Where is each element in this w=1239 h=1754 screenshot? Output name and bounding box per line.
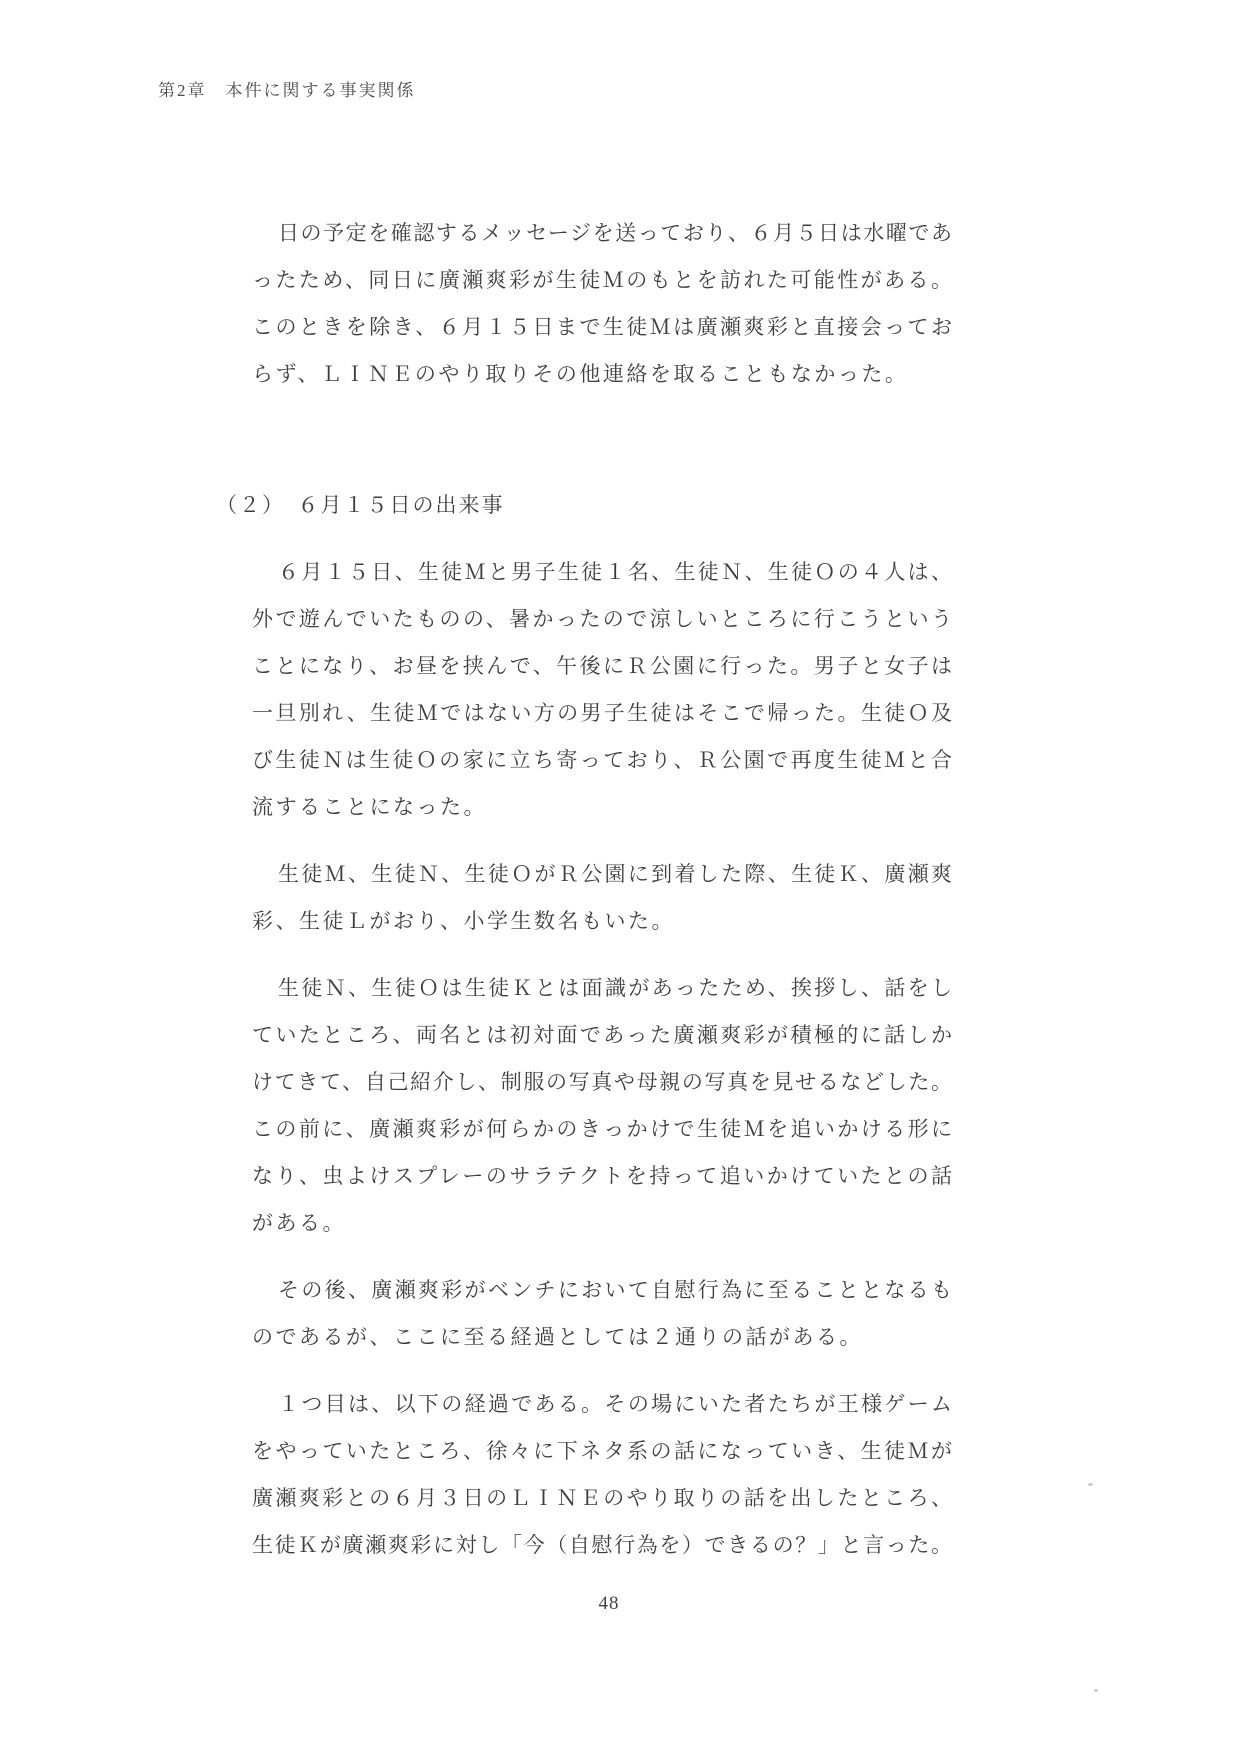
scan-speck [1094, 1689, 1098, 1692]
paragraph: ６月１５日、生徒Ｍと男子生徒１名、生徒Ｎ、生徒Ｏの４人は、 外で遊んでいたものの… [252, 549, 952, 831]
text-line: けてきて、自己紹介し、制服の写真や母親の写真を見せるなどした。 [252, 1059, 952, 1106]
text-line: その後、廣瀬爽彩がベンチにおいて自慰行為に至ることとなるも [252, 1267, 952, 1314]
text-line: らず、ＬＩＮＥのやり取りその他連絡を取ることもなかった。 [252, 351, 952, 398]
text-line: び生徒Ｎは生徒Ｏの家に立ち寄っており、Ｒ公園で再度生徒Ｍと合 [252, 737, 952, 784]
text-line: １つ目は、以下の経過である。その場にいた者たちが王様ゲーム [252, 1381, 952, 1428]
page-number: 48 [0, 1593, 1218, 1615]
text-line: この前に、廣瀬爽彩が何らかのきっかけで生徒Ｍを追いかける形に [252, 1106, 952, 1153]
text-line: なり、虫よけスプレーのサラテクトを持って追いかけていたとの話 [252, 1153, 952, 1200]
scan-speck [1088, 1483, 1093, 1486]
text-line: 一旦別れ、生徒Ｍではない方の男子生徒はそこで帰った。生徒Ｏ及 [252, 690, 952, 737]
text-line: 日の予定を確認するメッセージを送っており、６月５日は水曜であ [252, 210, 952, 257]
paragraph: １つ目は、以下の経過である。その場にいた者たちが王様ゲーム をやっていたところ、… [252, 1381, 952, 1569]
chapter-header: 第2章 本件に関する事実関係 [158, 76, 416, 101]
paragraph: 生徒Ｍ、生徒Ｎ、生徒ＯがＲ公園に到着した際、生徒Ｋ、廣瀬爽 彩、生徒Ｌがおり、小… [252, 851, 952, 945]
text-line: 生徒Ｋが廣瀬爽彩に対し「今（自慰行為を）できるの？」と言った。 [252, 1522, 952, 1569]
text-line: 外で遊んでいたものの、暑かったので涼しいところに行こうという [252, 596, 952, 643]
text-line: ていたところ、両名とは初対面であった廣瀬爽彩が積極的に話しか [252, 1012, 952, 1059]
text-line: 生徒Ｍ、生徒Ｎ、生徒ＯがＲ公園に到着した際、生徒Ｋ、廣瀬爽 [252, 851, 952, 898]
text-line: がある。 [252, 1200, 952, 1247]
document-page: 第2章 本件に関する事実関係 日の予定を確認するメッセージを送っており、６月５日… [0, 0, 1239, 1754]
text-line: 廣瀬爽彩との６月３日のＬＩＮＥのやり取りの話を出したところ、 [252, 1475, 952, 1522]
text-line: のであるが、ここに至る経過としては２通りの話がある。 [252, 1314, 952, 1361]
paragraph: その後、廣瀬爽彩がベンチにおいて自慰行為に至ることとなるも のであるが、ここに至… [252, 1267, 952, 1361]
section-heading: （２） ６月１５日の出来事 [216, 482, 952, 529]
text-line: ６月１５日、生徒Ｍと男子生徒１名、生徒Ｎ、生徒Ｏの４人は、 [252, 549, 952, 596]
text-line: このときを除き、６月１５日まで生徒Ｍは廣瀬爽彩と直接会ってお [252, 304, 952, 351]
text-line: をやっていたところ、徐々に下ネタ系の話になっていき、生徒Ｍが [252, 1428, 952, 1475]
text-line: ことになり、お昼を挟んで、午後にＲ公園に行った。男子と女子は [252, 643, 952, 690]
text-line: ったため、同日に廣瀬爽彩が生徒Ｍのもとを訪れた可能性がある。 [252, 257, 952, 304]
document-body: 日の予定を確認するメッセージを送っており、６月５日は水曜であ ったため、同日に廣… [252, 210, 952, 1569]
text-line: 生徒Ｎ、生徒Ｏは生徒Ｋとは面識があったため、挨拶し、話をし [252, 965, 952, 1012]
paragraph: 日の予定を確認するメッセージを送っており、６月５日は水曜であ ったため、同日に廣… [252, 210, 952, 398]
text-line: 彩、生徒Ｌがおり、小学生数名もいた。 [252, 898, 952, 945]
text-line: 流することになった。 [252, 784, 952, 831]
paragraph: 生徒Ｎ、生徒Ｏは生徒Ｋとは面識があったため、挨拶し、話をし ていたところ、両名と… [252, 965, 952, 1247]
